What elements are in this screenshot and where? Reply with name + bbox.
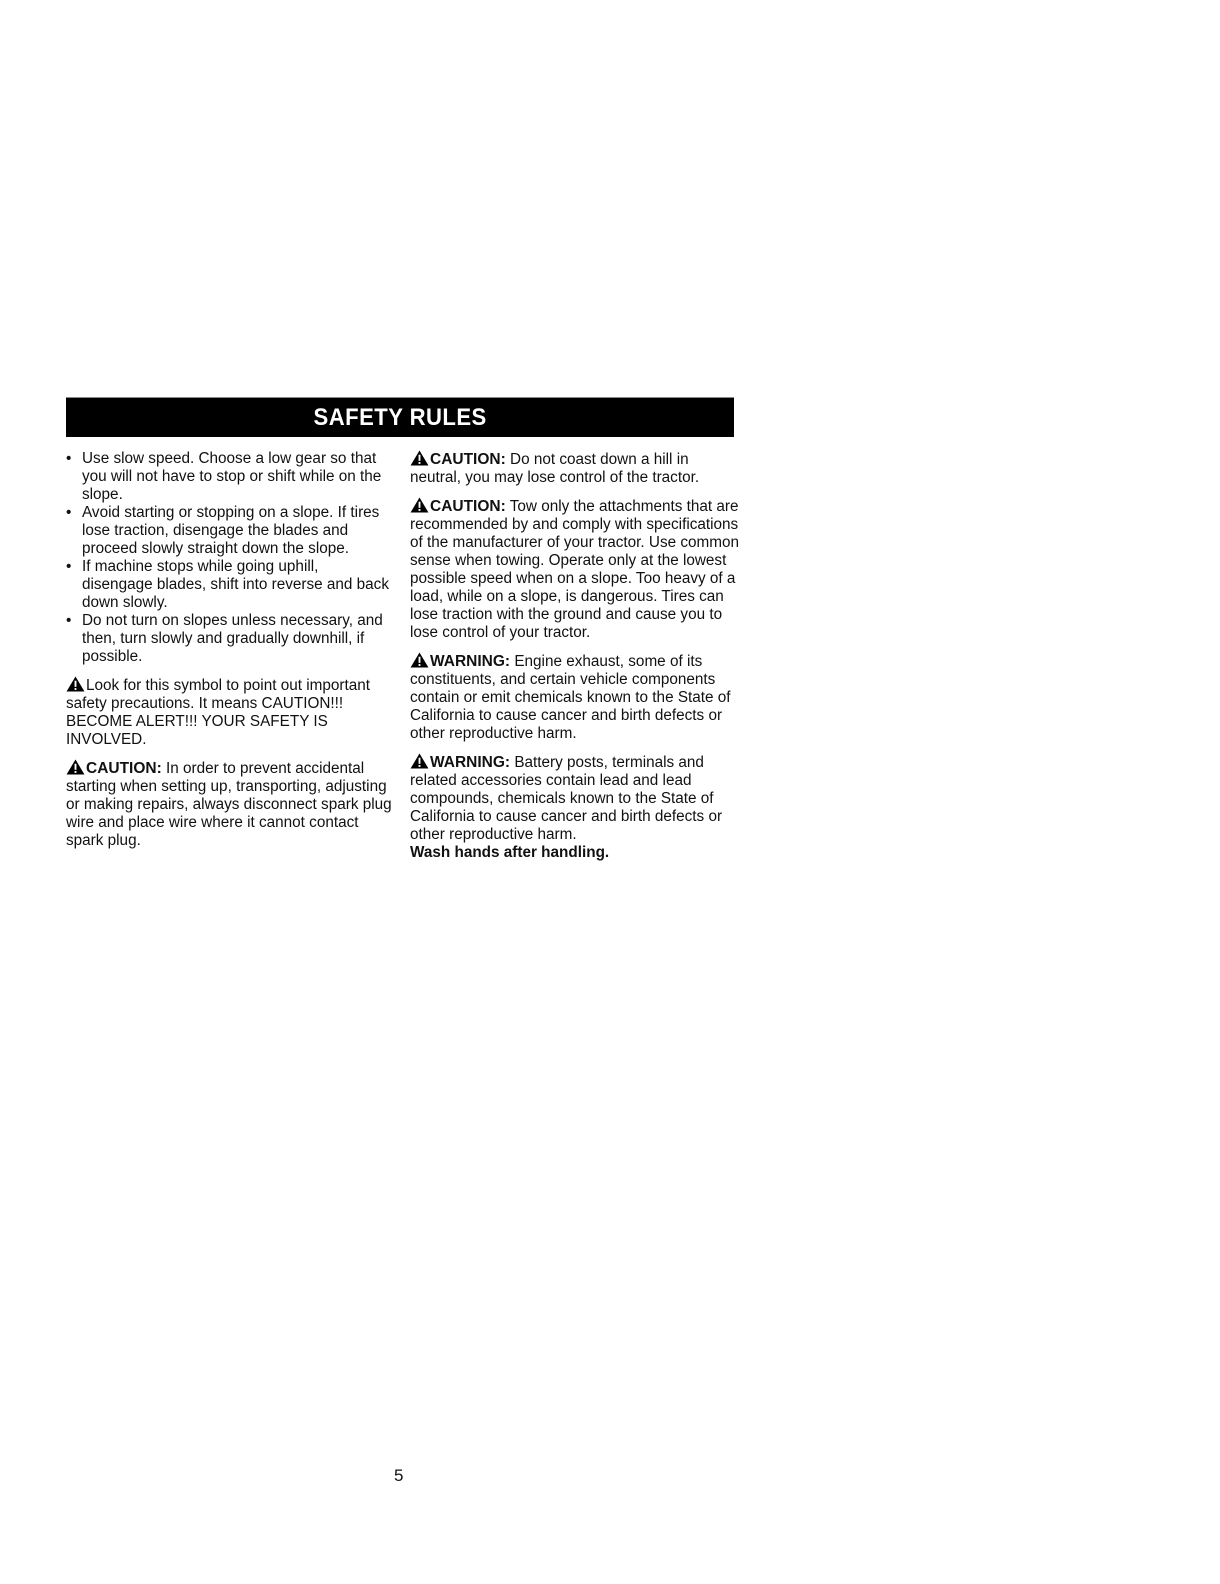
left-column: • Use slow speed. Choose a low gear so t…: [66, 450, 392, 850]
caution-spark-plug: CAUTION: In order to prevent accidental …: [66, 759, 392, 850]
warning-label: WARNING:: [430, 653, 510, 670]
bullet-icon: •: [66, 504, 71, 522]
list-item-text: Do not turn on slopes unless necessary, …: [82, 612, 383, 665]
list-item: • Use slow speed. Choose a low gear so t…: [66, 450, 392, 504]
right-column: CAUTION: Do not coast down a hill in neu…: [410, 450, 740, 862]
caution-label: CAUTION:: [430, 498, 506, 515]
warning-label: WARNING:: [430, 754, 510, 771]
warning-triangle-icon: [66, 759, 85, 775]
warning-triangle-icon: [66, 676, 85, 692]
warning-triangle-icon: [410, 497, 429, 513]
slope-rules-list: • Use slow speed. Choose a low gear so t…: [66, 450, 392, 666]
caution-tow: CAUTION: Tow only the attachments that a…: [410, 497, 740, 642]
warning-battery: WARNING: Battery posts, terminals and re…: [410, 753, 740, 862]
caution-label: CAUTION:: [86, 760, 162, 777]
list-item: • Do not turn on slopes unless necessary…: [66, 612, 392, 666]
list-item: • If machine stops while going uphill, d…: [66, 558, 392, 612]
warning-triangle-icon: [410, 450, 429, 466]
warning-triangle-icon: [410, 753, 429, 769]
caution-text: Tow only the attachments that are recomm…: [410, 498, 739, 641]
list-item-text: Use slow speed. Choose a low gear so tha…: [82, 450, 381, 503]
list-item: • Avoid starting or stopping on a slope.…: [66, 504, 392, 558]
section-header-bar: SAFETY RULES: [66, 397, 734, 437]
list-item-text: If machine stops while going uphill, dis…: [82, 558, 389, 611]
warning-exhaust: WARNING: Engine exhaust, some of its con…: [410, 652, 740, 743]
bullet-icon: •: [66, 558, 71, 576]
symbol-note-text: Look for this symbol to point out import…: [66, 677, 370, 748]
caution-coast: CAUTION: Do not coast down a hill in neu…: [410, 450, 740, 487]
section-title: SAFETY RULES: [313, 404, 486, 432]
warning-triangle-icon: [410, 652, 429, 668]
bullet-icon: •: [66, 612, 71, 630]
bullet-icon: •: [66, 450, 71, 468]
page-number: 5: [394, 1466, 403, 1486]
caution-label: CAUTION:: [430, 451, 506, 468]
wash-hands-notice: Wash hands after handling.: [410, 844, 609, 861]
list-item-text: Avoid starting or stopping on a slope. I…: [82, 504, 379, 557]
safety-symbol-note: Look for this symbol to point out import…: [66, 676, 392, 749]
